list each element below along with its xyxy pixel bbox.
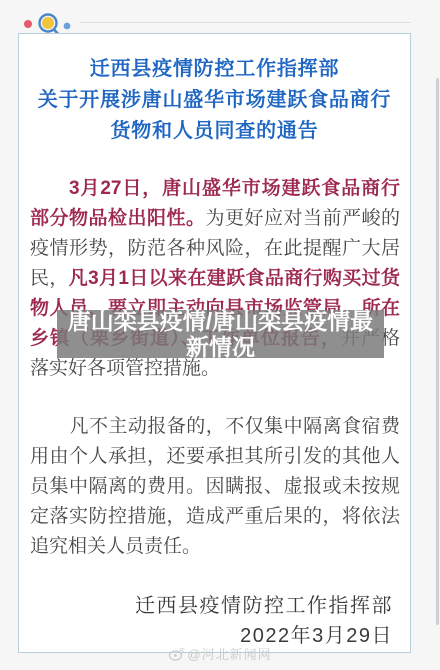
notice-text-line: 民，凡3月1日以来在建跃食品商行购买过货 (30, 264, 400, 294)
notice-paragraph: 凡不主动报备的，不仅集中隔离食宿费用由个人承担，还要承担其所引发的其他人员集中隔… (30, 412, 399, 562)
notice-text-line: 追究相关人员责任。 (30, 532, 400, 562)
notice-text-line: 用由个人承担，还要承担其所引发的其他人 (30, 442, 400, 472)
scrollbar[interactable] (436, 78, 439, 625)
body-text: 民， (30, 268, 69, 289)
watermark: @河北新闻网 (168, 644, 271, 663)
highlighted-text: 凡3月1日以来在建跃食品商行购买过货 (69, 268, 400, 289)
notice-title-line: 货物和人员同查的通告 (30, 116, 399, 147)
highlighted-text: 部分物品检出阳性。 (30, 208, 206, 229)
body-text: 落实好各项管控措施。 (30, 358, 220, 379)
notice-signature-block: 迁西县疫情防控工作指挥部 2022年3月29日 (30, 591, 399, 651)
body-text: 员集中隔离的费用。因瞒报、虚报或未按规 (30, 476, 400, 497)
notice-text-line: 疫情形势，防范各种风险，在此提醒广大居 (30, 234, 400, 264)
notice-title-line: 关于开展涉唐山盛华市场建跃食品商行 (30, 85, 399, 116)
body-text: 疫情形势，防范各种风险，在此提醒广大居 (30, 238, 400, 259)
highlighted-text: 3月27日，唐山盛华市场建跃食品商行 (69, 178, 400, 199)
red-dot-icon (24, 20, 32, 28)
notice-text-line: 定落实防控措施，造成严重后果的，将依法 (30, 502, 400, 532)
notice-body: 3月27日，唐山盛华市场建跃食品商行部分物品检出阳性。为更好应对当前严峻的疫情形… (30, 174, 399, 562)
body-text: 追究相关人员责任。 (30, 536, 201, 557)
weibo-icon (168, 647, 184, 661)
watermark-text: @河北新闻网 (187, 644, 271, 663)
body-text: 凡不主动报备的，不仅集中隔离食宿费 (69, 416, 400, 437)
notice-title: 迁西县疫情防控工作指挥部 关于开展涉唐山盛华市场建跃食品商行 货物和人员同查的通… (30, 54, 399, 147)
notice-text-line: 员集中隔离的费用。因瞒报、虚报或未按规 (30, 472, 400, 502)
notice-text-line: 3月27日，唐山盛华市场建跃食品商行 (30, 174, 400, 204)
notice-text-line: 部分物品检出阳性。为更好应对当前严峻的 (30, 204, 400, 234)
caption-overlay-text: 唐山栾县疫情/唐山栾县疫情最新情况 (59, 308, 382, 360)
body-text: 定落实防控措施，造成严重后果的，将依法 (30, 506, 400, 527)
notice-title-line: 迁西县疫情防控工作指挥部 (30, 54, 399, 85)
decor-rule-line (80, 22, 411, 23)
body-text: 为更好应对当前严峻的 (206, 208, 401, 229)
body-text: 用由个人承担，还要承担其所引发的其他人 (30, 446, 400, 467)
notice-text-line: 凡不主动报备的，不仅集中隔离食宿费 (30, 412, 400, 442)
screenshot-root: 迁西县疫情防控工作指挥部 关于开展涉唐山盛华市场建跃食品商行 货物和人员同查的通… (0, 0, 440, 670)
caption-overlay: 唐山栾县疫情/唐山栾县疫情最新情况 (57, 310, 384, 358)
blue-dot-icon (64, 23, 71, 30)
notice-signature: 迁西县疫情防控工作指挥部 (30, 591, 393, 621)
